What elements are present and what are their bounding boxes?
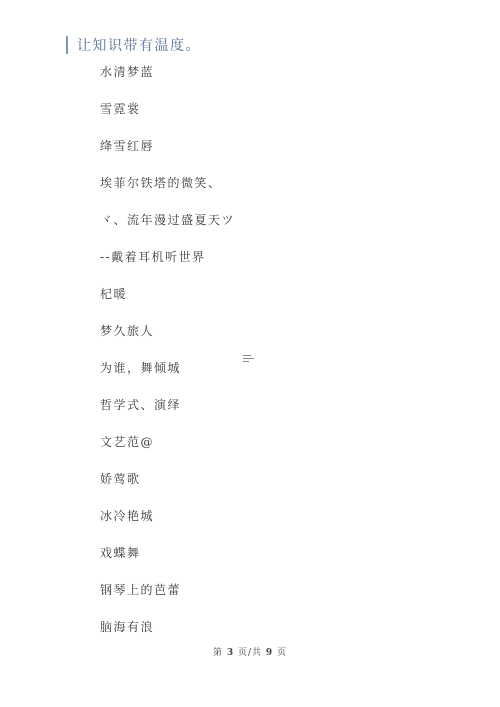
list-item: 戏蝶舞 (100, 543, 235, 580)
footer-middle: 页/共 (238, 648, 262, 658)
page-footer: 第 3 页/共 9 页 (0, 645, 500, 658)
list-item: 娇莺歌 (100, 469, 235, 506)
nickname-list: 水清梦蓝 雪霓裳 绛雪红唇 埃菲尔铁塔的微笑、 ヾ、流年漫过盛夏天ツ --戴着耳… (100, 62, 235, 654)
list-item: 文艺范@ (100, 432, 235, 469)
list-item: 为谁，舞倾城 (100, 358, 235, 395)
list-item: 埃菲尔铁塔的微笑、 (100, 173, 235, 210)
footer-prefix: 第 (213, 648, 223, 658)
list-item: 钢琴上的芭蕾 (100, 580, 235, 617)
header-accent-bar (66, 36, 68, 54)
list-item: ヾ、流年漫过盛夏天ツ (100, 210, 235, 247)
list-item: 绛雪红唇 (100, 136, 235, 173)
total-pages: 9 (266, 648, 273, 658)
list-item: 杞暖 (100, 284, 235, 321)
list-item: --戴着耳机听世界 (100, 247, 235, 284)
current-page: 3 (227, 648, 234, 658)
comment-icon[interactable] (243, 355, 254, 365)
list-item: 哲学式、演绎 (100, 395, 235, 432)
list-item: 冰冷艳城 (100, 506, 235, 543)
list-item: 雪霓裳 (100, 99, 235, 136)
footer-suffix: 页 (277, 648, 287, 658)
list-item: 水清梦蓝 (100, 62, 235, 99)
document-header: 让知识带有温度。 (66, 35, 201, 55)
list-item: 梦久旅人 (100, 321, 235, 358)
header-title: 让知识带有温度。 (77, 35, 201, 55)
